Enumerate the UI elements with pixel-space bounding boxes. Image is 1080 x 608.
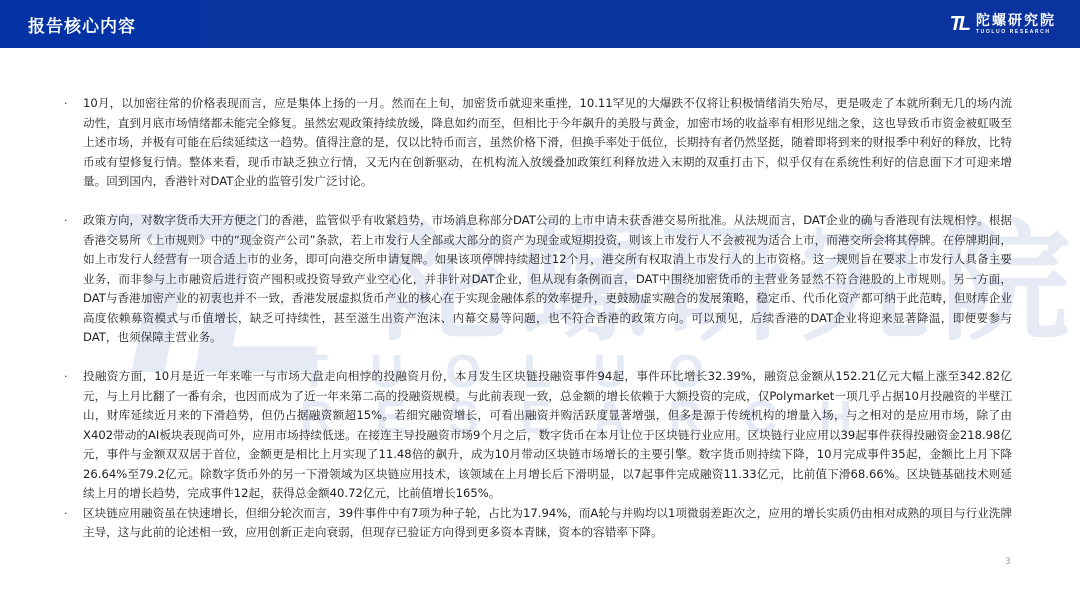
paragraph-market-overview: · 10月，以加密往常的价格表现而言，应是集体上扬的一月。然而在上旬，加密货币就… [62,94,1012,192]
logo-mark-icon: TL [950,13,968,36]
paragraph-policy: · 政策方向，对数字货币大开方便之门的香港，监管似乎有收紧趋势，市场消息称部分D… [62,211,1012,348]
page-title: 报告核心内容 [28,12,136,37]
bullet-icon: · [64,94,68,114]
bullet-icon: · [64,367,68,387]
header-bar: 报告核心内容 TL 陀螺研究院 TUOLUO RESEARCH [0,0,1080,48]
logo-text: 陀螺研究院 TUOLUO RESEARCH [976,14,1056,35]
paragraph-text: 10月，以加密往常的价格表现而言，应是集体上扬的一月。然而在上旬，加密货币就迎来… [83,96,1012,188]
paragraph-investment: · 投融资方面，10月是近一年来唯一与市场大盘走向相悖的投融资月份，本月发生区块… [62,367,1012,504]
paragraph-text: 政策方向，对数字货币大开方便之门的香港，监管似乎有收紧趋势，市场消息称部分DAT… [83,213,1012,344]
paragraph-application-funding: · 区块链应用融资虽在快速增长，但细分轮次而言，39件事件中有7项为种子轮，占比… [62,504,1012,543]
bullet-icon: · [64,504,68,524]
brand-logo: TL 陀螺研究院 TUOLUO RESEARCH [950,9,1056,39]
logo-name-cn: 陀螺研究院 [976,14,1056,28]
logo-name-en: TUOLUO RESEARCH [976,30,1056,35]
paragraph-text: 投融资方面，10月是近一年来唯一与市场大盘走向相悖的投融资月份，本月发生区块链投… [83,369,1012,500]
page-number: 3 [1005,557,1011,567]
paragraph-text: 区块链应用融资虽在快速增长，但细分轮次而言，39件事件中有7项为种子轮，占比为1… [83,506,1012,540]
bullet-icon: · [64,211,68,231]
report-body: · 10月，以加密往常的价格表现而言，应是集体上扬的一月。然而在上旬，加密货币就… [62,94,1012,543]
